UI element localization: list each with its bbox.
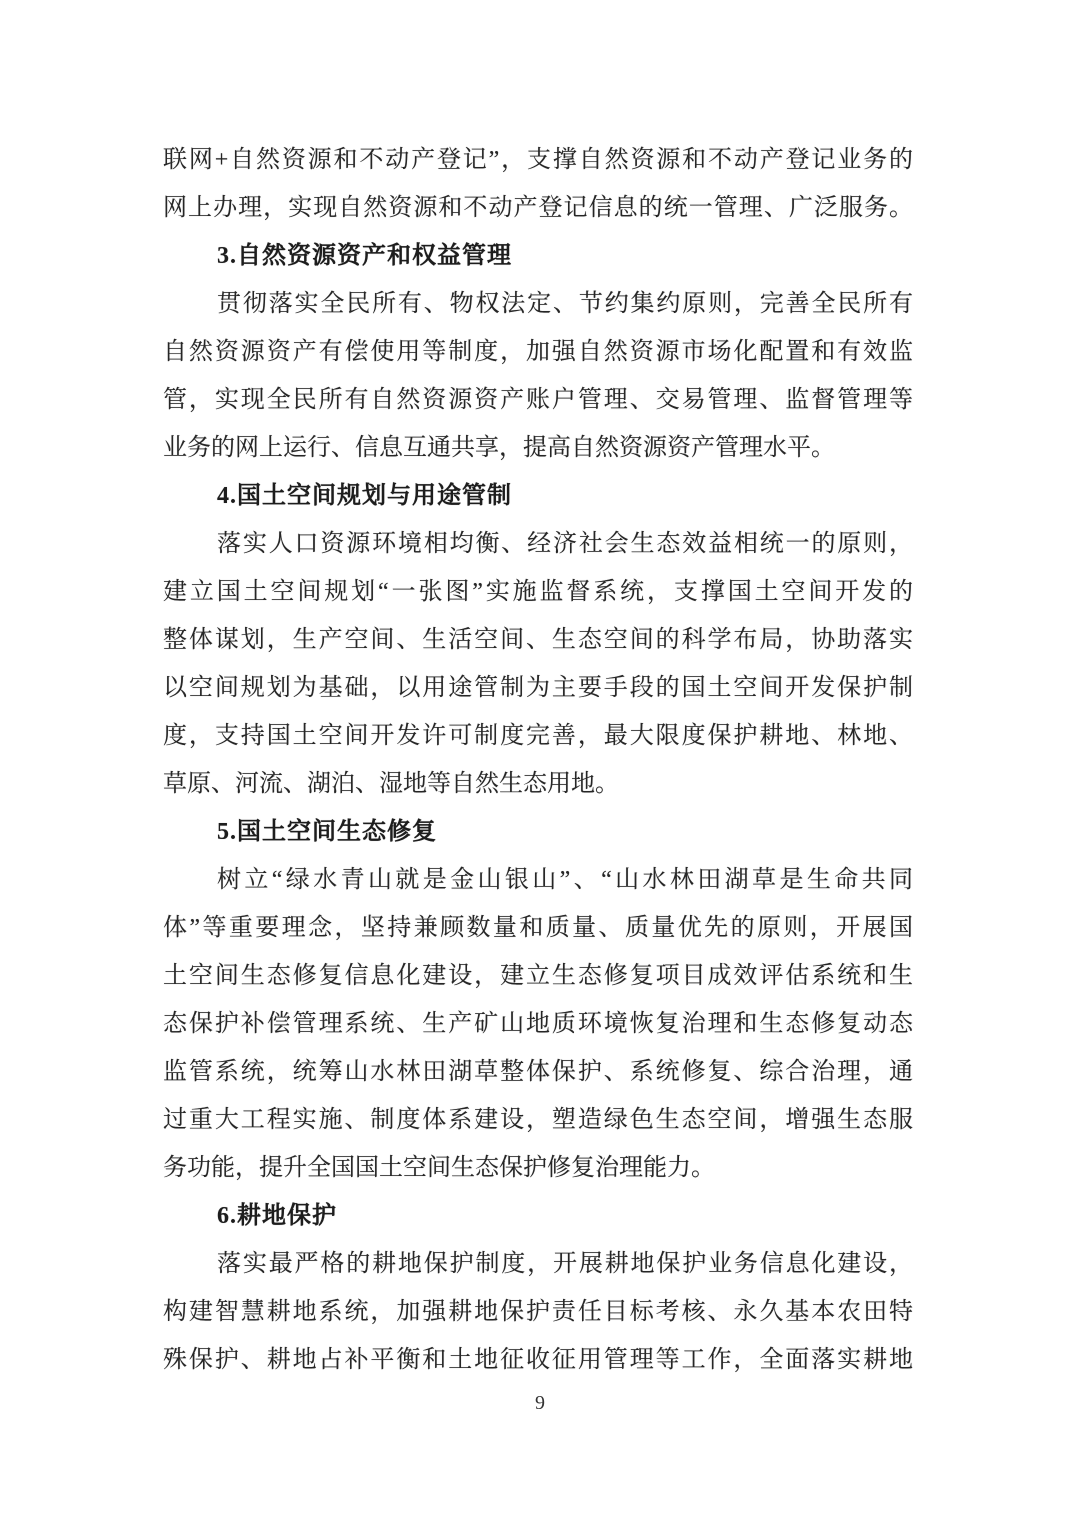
section-heading: 4.国土空间规划与用途管制	[163, 472, 913, 520]
body-line: 殊保护、耕地占补平衡和土地征收征用管理等工作，全面落实耕地	[163, 1336, 913, 1384]
body-line: 自然资源资产有偿使用等制度，加强自然资源市场化配置和有效监	[163, 328, 913, 376]
body-line: 管，实现全民所有自然资源资产账户管理、交易管理、监督管理等	[163, 376, 913, 424]
body-line: 构建智慧耕地系统，加强耕地保护责任目标考核、永久基本农田特	[163, 1288, 913, 1336]
body-line: 以空间规划为基础，以用途管制为主要手段的国土空间开发保护制	[163, 664, 913, 712]
section-heading: 3.自然资源资产和权益管理	[163, 232, 913, 280]
body-line: 务功能，提升全国国土空间生态保护修复治理能力。	[163, 1144, 913, 1192]
body-line: 树立“绿水青山就是金山银山”、“山水林田湖草是生命共同	[163, 856, 913, 904]
body-line: 联网+自然资源和不动产登记”，支撑自然资源和不动产登记业务的	[163, 136, 913, 184]
body-line: 土空间生态修复信息化建设，建立生态修复项目成效评估系统和生	[163, 952, 913, 1000]
body-line: 监管系统，统筹山水林田湖草整体保护、系统修复、综合治理，通	[163, 1048, 913, 1096]
body-line: 业务的网上运行、信息互通共享，提高自然资源资产管理水平。	[163, 424, 913, 472]
page-number: 9	[535, 1392, 545, 1414]
body-line: 落实最严格的耕地保护制度，开展耕地保护业务信息化建设，	[163, 1240, 913, 1288]
body-line: 草原、河流、湖泊、湿地等自然生态用地。	[163, 760, 913, 808]
document-page: 联网+自然资源和不动产登记”，支撑自然资源和不动产登记业务的网上办理，实现自然资…	[0, 0, 1080, 1527]
body-line: 度，支持国土空间开发许可制度完善，最大限度保护耕地、林地、	[163, 712, 913, 760]
section-heading: 5.国土空间生态修复	[163, 808, 913, 856]
body-line: 贯彻落实全民所有、物权法定、节约集约原则，完善全民所有	[163, 280, 913, 328]
body-line: 落实人口资源环境相均衡、经济社会生态效益相统一的原则，	[163, 520, 913, 568]
page-footer: 9	[0, 1392, 1080, 1415]
document-text-block: 联网+自然资源和不动产登记”，支撑自然资源和不动产登记业务的网上办理，实现自然资…	[163, 136, 913, 1384]
body-line: 体”等重要理念，坚持兼顾数量和质量、质量优先的原则，开展国	[163, 904, 913, 952]
body-line: 建立国土空间规划“一张图”实施监督系统，支撑国土空间开发的	[163, 568, 913, 616]
body-line: 态保护补偿管理系统、生产矿山地质环境恢复治理和生态修复动态	[163, 1000, 913, 1048]
body-line: 过重大工程实施、制度体系建设，塑造绿色生态空间，增强生态服	[163, 1096, 913, 1144]
body-line: 整体谋划，生产空间、生活空间、生态空间的科学布局，协助落实	[163, 616, 913, 664]
section-heading: 6.耕地保护	[163, 1192, 913, 1240]
body-line: 网上办理，实现自然资源和不动产登记信息的统一管理、广泛服务。	[163, 184, 913, 232]
